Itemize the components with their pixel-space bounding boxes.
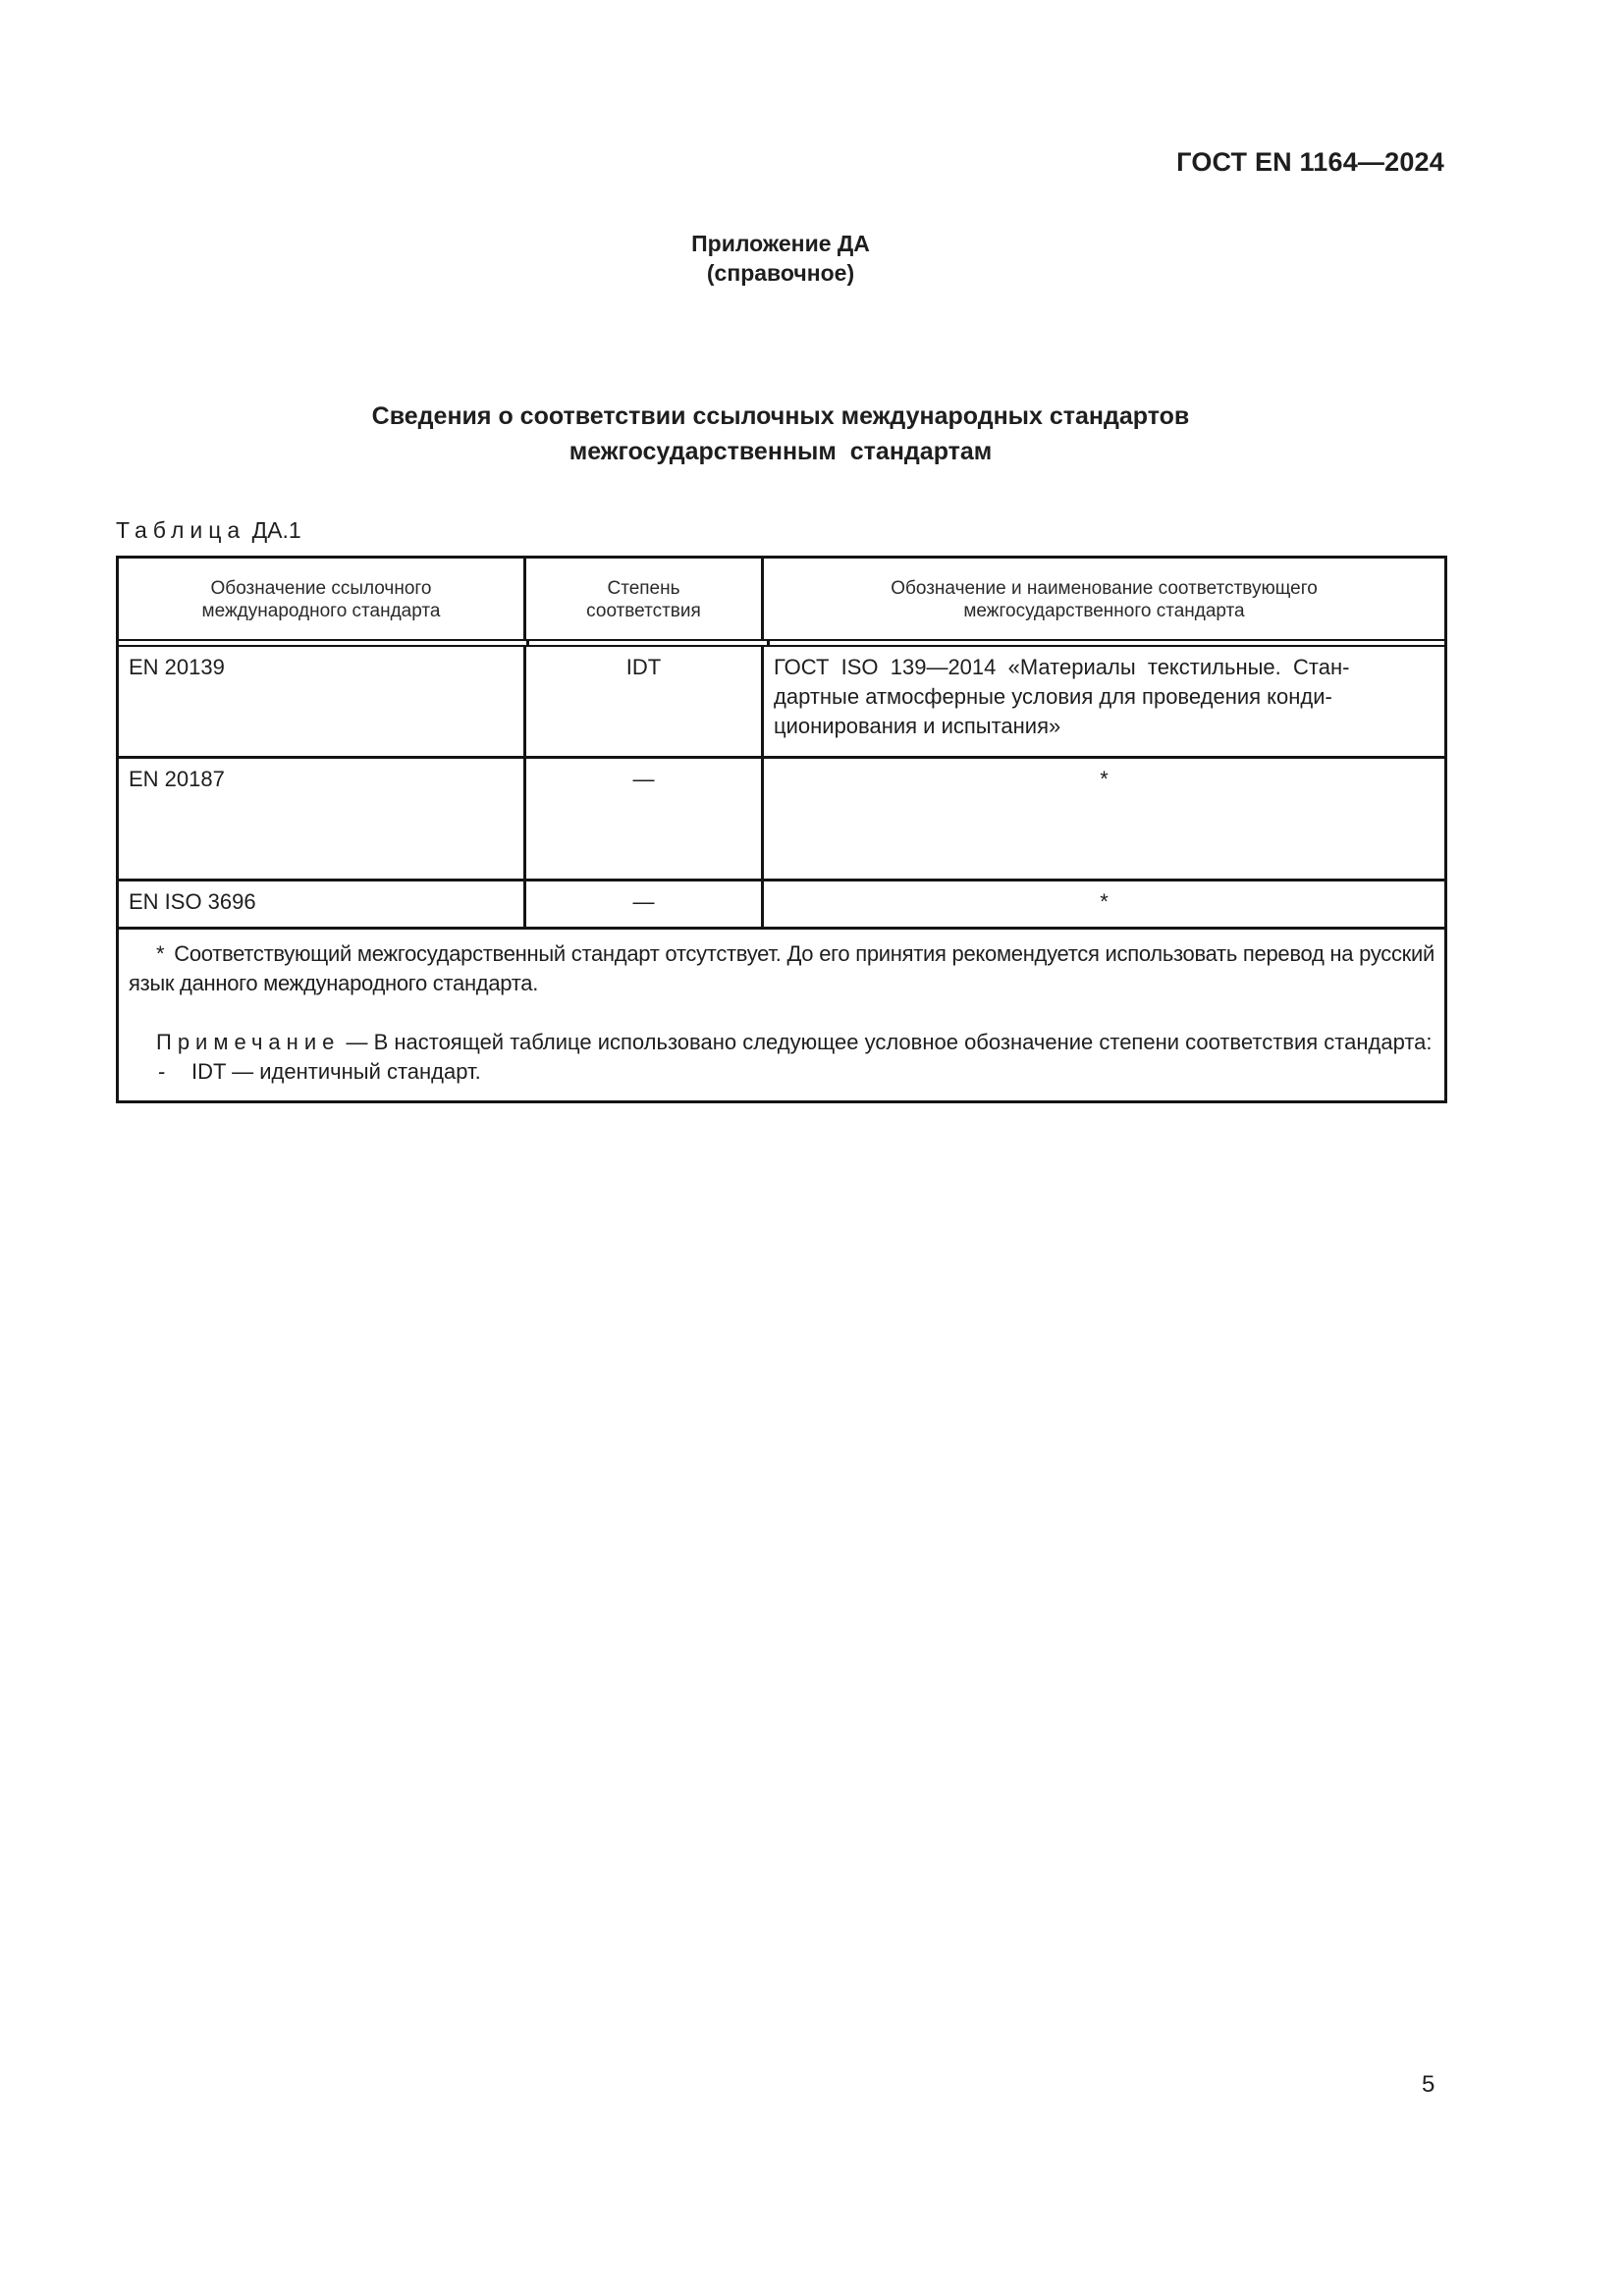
note-text: — В настоящей таблице использовано следу… [340,1030,1432,1054]
cell-interstate: ГОСТ ISO 139—2014 «Материалы текстильные… [764,647,1444,756]
footnote-marker: * [156,939,164,969]
table-caption-number: ДА.1 [252,517,301,543]
cell-interstate: * [764,881,1444,927]
table-footnote: *Соответствующий межгосударственный стан… [129,939,1435,998]
column-header-text: Обозначение и наименование соответствующ… [764,577,1444,600]
note-list-item: -IDT — идентичный стандарт. [129,1057,1435,1087]
section-title: Сведения о соответствии ссылочных междун… [0,399,1561,469]
table-caption: Таблица ДА.1 [116,517,301,544]
appendix-title: Приложение ДА [0,229,1561,258]
page-number: 5 [1422,2071,1435,2099]
column-header-text: Степень [526,577,761,600]
table-row: EN 20187 — * [119,759,1444,881]
list-bullet: - [158,1057,191,1087]
column-header-reference: Обозначение ссылочного международного ст… [119,559,526,639]
cell-interstate: * [764,759,1444,879]
list-item-text: IDT — идентичный стандарт. [191,1059,481,1084]
table-note: Примечание — В настоящей таблице использ… [129,1028,1435,1057]
column-header-interstate: Обозначение и наименование соответствующ… [764,559,1444,639]
column-header-text: Обозначение ссылочного [119,577,523,600]
column-header-text: соответствия [526,600,761,622]
cell-degree: — [526,881,764,927]
column-header-text: межгосударственного стандарта [764,600,1444,622]
table-row: EN 20139 IDT ГОСТ ISO 139—2014 «Материал… [119,647,1444,759]
document-code: ГОСТ EN 1164—2024 [1176,147,1444,178]
column-header-text: международного стандарта [119,600,523,622]
cell-reference: EN 20187 [119,759,526,879]
cell-degree: IDT [526,647,764,756]
table-caption-word: Таблица [116,517,245,543]
table-header-row: Обозначение ссылочного международного ст… [119,559,1444,641]
appendix-heading: Приложение ДА (справочное) [0,229,1561,288]
note-label: Примечание [156,1030,340,1054]
standards-table: Обозначение ссылочного международного ст… [116,556,1447,1103]
section-title-line2: межгосударственным стандартам [0,434,1561,469]
cell-reference: EN ISO 3696 [119,881,526,927]
table-notes: *Соответствующий межгосударственный стан… [119,930,1444,1100]
cell-degree: — [526,759,764,879]
section-title-line1: Сведения о соответствии ссылочных междун… [0,399,1561,434]
cell-reference: EN 20139 [119,647,526,756]
table-row: EN ISO 3696 — * [119,881,1444,930]
footnote-text: Соответствующий межгосударственный станд… [129,941,1435,995]
column-header-degree: Степень соответствия [526,559,764,639]
appendix-subtitle: (справочное) [0,258,1561,288]
